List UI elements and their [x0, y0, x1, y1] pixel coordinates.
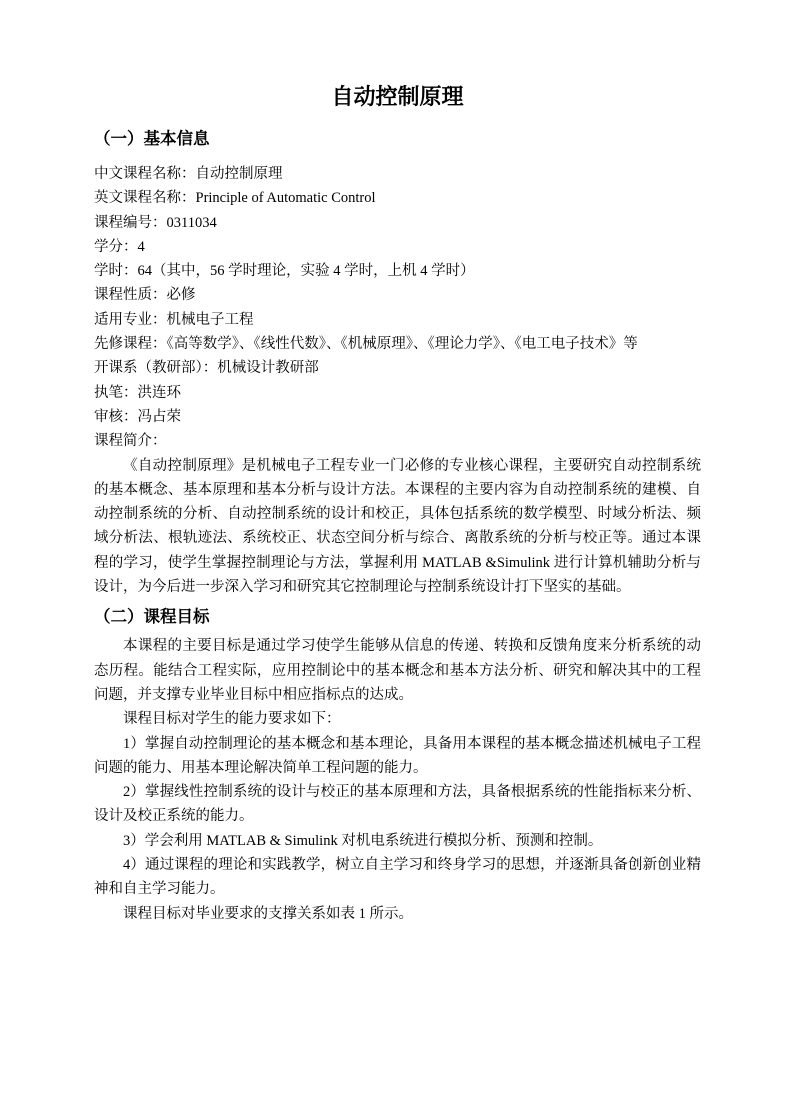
objectives-requirements-intro: 课程目标对学生的能力要求如下： — [94, 707, 701, 731]
info-label: 执笔： — [94, 385, 138, 401]
info-label: 课程简介： — [94, 433, 167, 449]
info-line-class-hours: 学时：64（其中，56 学时理论，实验 4 学时，上机 4 学时） — [94, 259, 701, 283]
course-intro-paragraph: 《自动控制原理》是机械电子工程专业一门必修的专业核心课程，主要研究自动控制系统的… — [94, 454, 701, 600]
info-line-english-course-name: 英文课程名称：Principle of Automatic Control — [94, 186, 701, 210]
document-title: 自动控制原理 — [94, 0, 701, 112]
info-line-course-intro-label: 课程简介： — [94, 429, 701, 453]
info-line-author: 执笔：洪连环 — [94, 381, 701, 405]
objective-item-3: 3）学会利用 MATLAB & Simulink 对机电系统进行模拟分析、预测和… — [94, 829, 701, 853]
info-label: 学时： — [94, 263, 138, 279]
objective-item-4: 4）通过课程的理论和实践教学，树立自主学习和终身学习的思想，并逐渐具备创新创业精… — [94, 853, 701, 902]
info-line-credits: 学分：4 — [94, 235, 701, 259]
info-line-chinese-course-name: 中文课程名称：自动控制原理 — [94, 162, 701, 186]
info-line-course-type: 课程性质：必修 — [94, 283, 701, 307]
document-page: 自动控制原理 （一）基本信息 中文课程名称：自动控制原理 英文课程名称：Prin… — [0, 0, 794, 1108]
info-value: 冯占荣 — [138, 409, 182, 425]
section-heading-basic-info: （一）基本信息 — [94, 128, 701, 150]
info-value: 机械电子工程 — [167, 312, 254, 328]
info-value: 4 — [138, 239, 145, 255]
info-label: 英文课程名称： — [94, 190, 196, 206]
info-line-prerequisites: 先修课程：《高等数学》、《线性代数》、《机械原理》、《理论力学》、《电工电子技术… — [94, 332, 701, 356]
basic-info-block: 中文课程名称：自动控制原理 英文课程名称：Principle of Automa… — [94, 162, 701, 599]
document-content: 自动控制原理 （一）基本信息 中文课程名称：自动控制原理 英文课程名称：Prin… — [0, 0, 794, 1108]
info-value: 机械设计教研部 — [217, 360, 319, 376]
info-label: 开课系（教研部）： — [94, 360, 217, 376]
objective-item-2: 2）掌握线性控制系统的设计与校正的基本原理和方法，具备根据系统的性能指标来分析、… — [94, 780, 701, 829]
info-value: 必修 — [167, 287, 196, 303]
info-label: 课程编号： — [94, 215, 167, 231]
info-value: 0311034 — [167, 215, 217, 231]
info-label: 中文课程名称： — [94, 166, 196, 182]
objectives-block: 本课程的主要目标是通过学习使学生能够从信息的传递、转换和反馈角度来分析系统的动态… — [94, 634, 701, 926]
info-value: Principle of Automatic Control — [196, 190, 376, 206]
objective-item-1: 1）掌握自动控制理论的基本概念和基本理论，具备用本课程的基本概念描述机械电子工程… — [94, 732, 701, 781]
section-heading-course-objectives: （二）课程目标 — [94, 606, 701, 628]
info-line-reviewer: 审核：冯占荣 — [94, 405, 701, 429]
info-line-course-number: 课程编号：0311034 — [94, 211, 701, 235]
info-value: 64（其中，56 学时理论，实验 4 学时，上机 4 学时） — [138, 263, 475, 279]
info-line-offering-department: 开课系（教研部）：机械设计教研部 — [94, 356, 701, 380]
objectives-overview-paragraph: 本课程的主要目标是通过学习使学生能够从信息的传递、转换和反馈角度来分析系统的动态… — [94, 634, 701, 707]
info-value: 《高等数学》、《线性代数》、《机械原理》、《理论力学》、《电工电子技术》等 — [167, 336, 638, 352]
info-label: 课程性质： — [94, 287, 167, 303]
info-label: 学分： — [94, 239, 138, 255]
info-value: 洪连环 — [138, 385, 182, 401]
info-line-applicable-major: 适用专业：机械电子工程 — [94, 308, 701, 332]
info-label: 审核： — [94, 409, 138, 425]
info-label: 适用专业： — [94, 312, 167, 328]
info-value: 自动控制原理 — [196, 166, 283, 182]
objectives-table-reference: 课程目标对毕业要求的支撑关系如表 1 所示。 — [94, 902, 701, 926]
info-label: 先修课程： — [94, 336, 167, 352]
